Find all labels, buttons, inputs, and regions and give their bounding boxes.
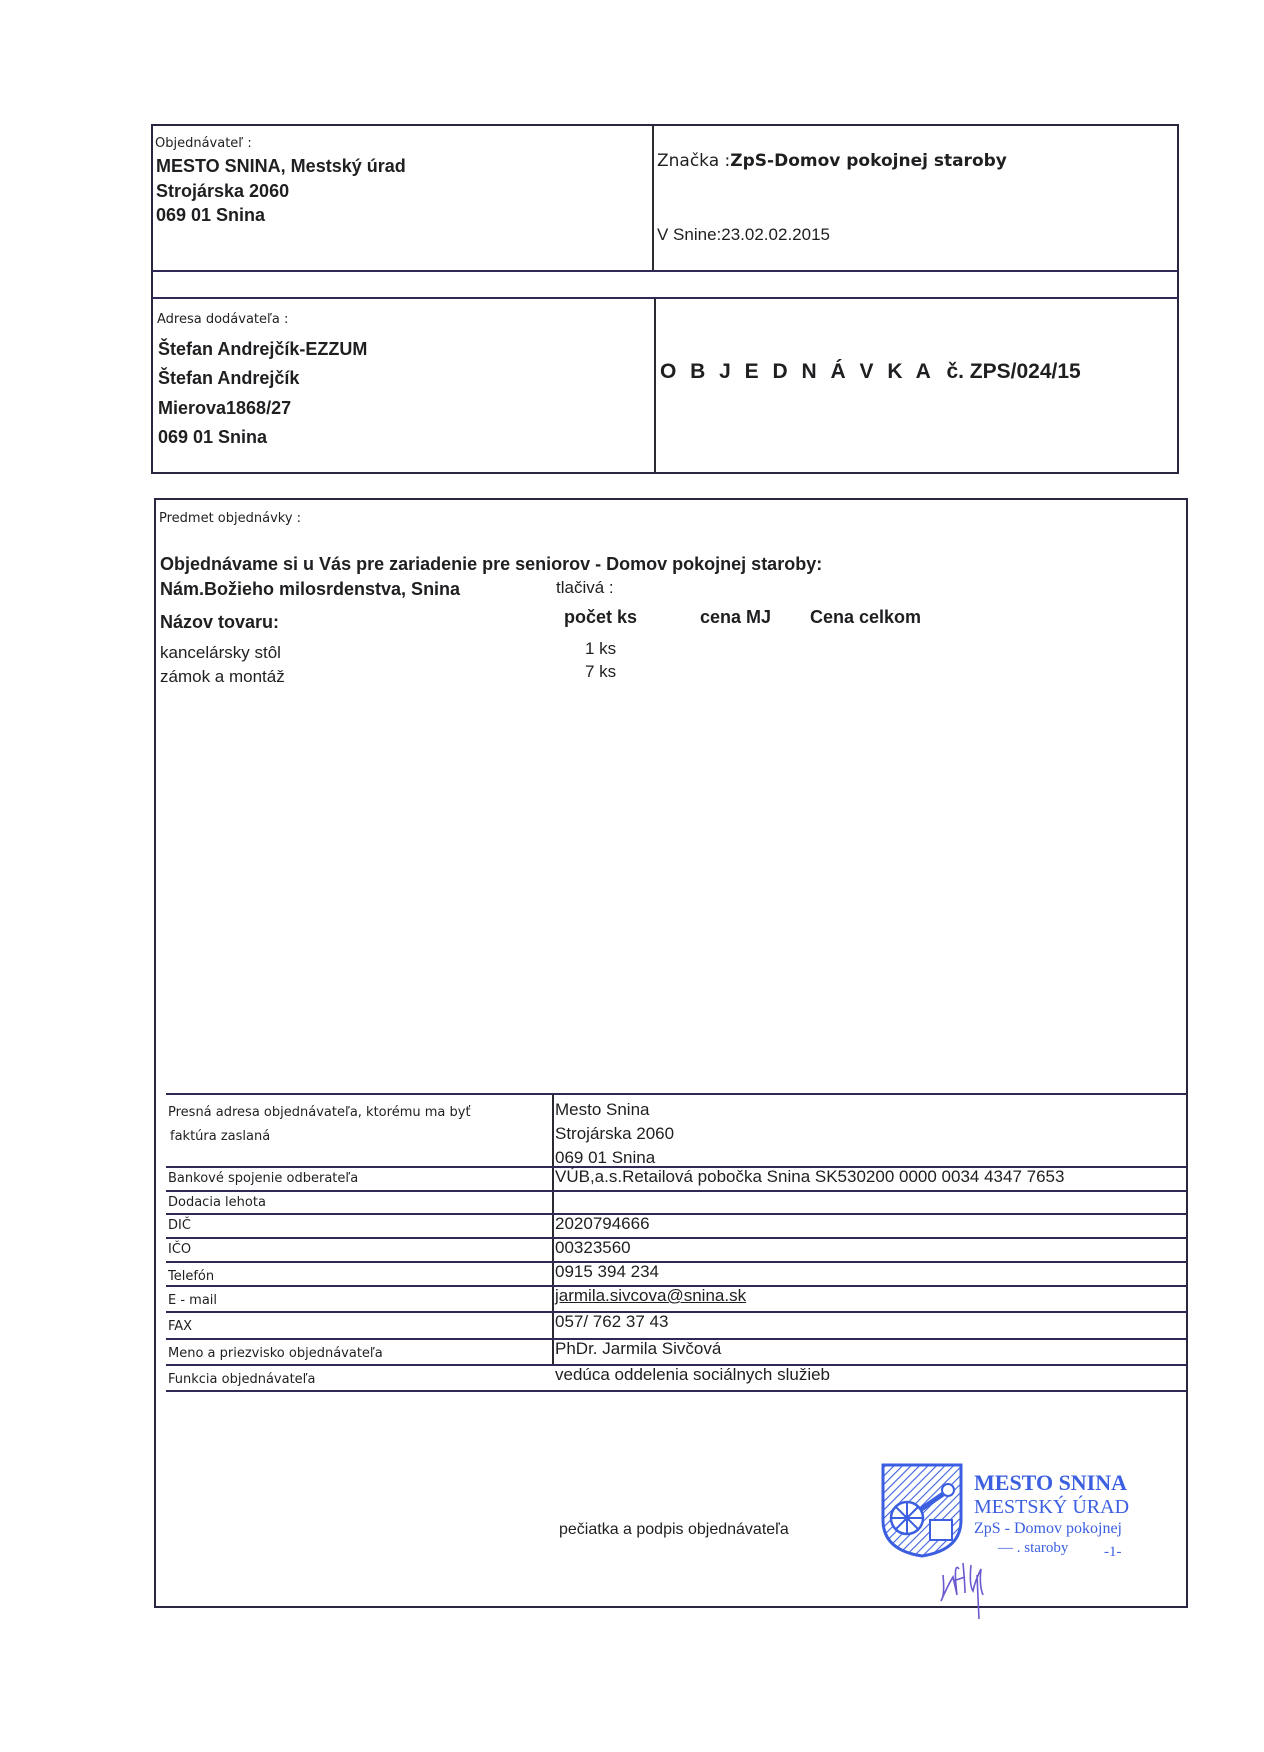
stamp-line3: ZpS - Domov pokojnej <box>974 1520 1122 1538</box>
header-divider <box>652 125 654 271</box>
detail-label: Bankové spojenie odberateľa <box>168 1171 358 1186</box>
detail-value: 057/ 762 37 43 <box>555 1312 668 1332</box>
invoice-address-2: Strojárska 2060 <box>555 1124 674 1144</box>
detail-label: IČO <box>168 1242 191 1257</box>
subject-label: Predmet objednávky : <box>159 511 301 526</box>
orderer-street: Strojárska 2060 <box>156 181 289 202</box>
detail-value: vedúca oddelenia sociálnych služieb <box>555 1365 830 1385</box>
invoice-address-1: Mesto Snina <box>555 1100 650 1120</box>
col-qty-header: počet ks <box>564 607 637 628</box>
forms-label: tlačivá : <box>556 578 614 598</box>
table-row: IČO00323560 <box>166 1239 1186 1261</box>
detail-label: E - mail <box>168 1293 217 1308</box>
item-qty: 7 ks <box>585 662 616 682</box>
item-name: kancelársky stôl <box>160 643 281 663</box>
supplier-line2: Štefan Andrejčík <box>158 368 299 389</box>
detail-label: FAX <box>168 1319 192 1334</box>
table-row: Funkcia objednávateľavedúca oddelenia so… <box>166 1366 1186 1390</box>
detail-value: 00323560 <box>555 1238 631 1258</box>
order-number: č. ZPS/024/15 <box>946 360 1080 383</box>
detail-value: VÚB,a.s.Retailová pobočka Snina SK530200… <box>555 1167 1064 1187</box>
stamp-line1: MESTO SNINA <box>974 1470 1127 1496</box>
detail-label: DIČ <box>168 1218 191 1233</box>
email-link[interactable]: jarmila.sivcova@snina.sk <box>555 1286 746 1306</box>
table-row: Meno a priezvisko objednávateľaPhDr. Jar… <box>166 1340 1186 1364</box>
item-name: zámok a montáž <box>160 667 285 687</box>
detail-value: PhDr. Jarmila Sivčová <box>555 1339 721 1359</box>
table-row: E - mailjarmila.sivcova@snina.sk <box>166 1287 1186 1311</box>
table-row: Telefón0915 394 234 <box>166 1263 1186 1285</box>
coat-of-arms-icon <box>880 1462 964 1558</box>
supplier-line3: Mierova1868/27 <box>158 398 291 419</box>
signature-caption: pečiatka a podpis objednávateľa <box>559 1521 789 1539</box>
header-rule-2 <box>152 297 1178 299</box>
header-rule-1 <box>152 270 1178 272</box>
subject-location: Nám.Božieho milosrdenstva, Snina <box>160 579 460 600</box>
detail-label: Telefón <box>168 1269 214 1284</box>
detail-label: Dodacia lehota <box>168 1195 266 1210</box>
handwritten-signature-icon <box>935 1555 1015 1625</box>
detail-label: Meno a priezvisko objednávateľa <box>168 1346 383 1361</box>
stamp-line2: MESTSKÝ ÚRAD <box>974 1496 1129 1519</box>
orderer-city: 069 01 Snina <box>156 205 265 226</box>
mark: Značka :ZpS-Domov pokojnej staroby <box>657 150 1007 171</box>
invoice-address-3: 069 01 Snina <box>555 1148 655 1168</box>
detail-label: Funkcia objednávateľa <box>168 1372 316 1387</box>
col-unit-price-header: cena MJ <box>700 607 771 628</box>
mark-value: ZpS-Domov pokojnej staroby <box>730 151 1007 171</box>
stamp-page-number: -1- <box>1104 1544 1122 1561</box>
table-row: DIČ2020794666 <box>166 1215 1186 1237</box>
details-top-rule <box>166 1093 1186 1095</box>
supplier-line4: 069 01 Snina <box>158 427 267 448</box>
table-row: Bankové spojenie odberateľaVÚB,a.s.Retai… <box>166 1168 1186 1190</box>
supplier-divider <box>654 298 656 473</box>
subject-box <box>154 498 1188 1608</box>
mark-label: Značka : <box>657 151 730 171</box>
order-title: O B J E D N Á V K A č. ZPS/024/15 <box>660 360 1081 384</box>
detail-value: 2020794666 <box>555 1214 650 1234</box>
col-name-header: Názov tovaru: <box>160 612 279 633</box>
city-stamp: MESTO SNINA MESTSKÝ ÚRAD ZpS - Domov pok… <box>880 1462 1180 1562</box>
supplier-line1: Štefan Andrejčík-EZZUM <box>158 339 367 360</box>
item-qty: 1 ks <box>585 639 616 659</box>
place-date: V Snine:23.02.02.2015 <box>657 225 830 245</box>
subject-intro: Objednávame si u Vás pre zariadenie pre … <box>160 554 822 575</box>
orderer-name: MESTO SNINA, Mestský úrad <box>156 156 406 177</box>
table-row: Dodacia lehota <box>166 1192 1186 1213</box>
details-bottom-rule <box>166 1390 1186 1392</box>
invoice-address-label-1: Presná adresa objednávateľa, ktorému ma … <box>168 1105 471 1120</box>
detail-value: 0915 394 234 <box>555 1262 659 1282</box>
order-title-word: O B J E D N Á V K A <box>660 360 935 383</box>
table-row: FAX057/ 762 37 43 <box>166 1313 1186 1338</box>
col-total-header: Cena celkom <box>810 607 921 628</box>
supplier-label: Adresa dodávateľa : <box>157 312 288 327</box>
invoice-address-label-2: faktúra zaslaná <box>170 1129 270 1144</box>
orderer-label: Objednávateľ : <box>155 136 252 151</box>
